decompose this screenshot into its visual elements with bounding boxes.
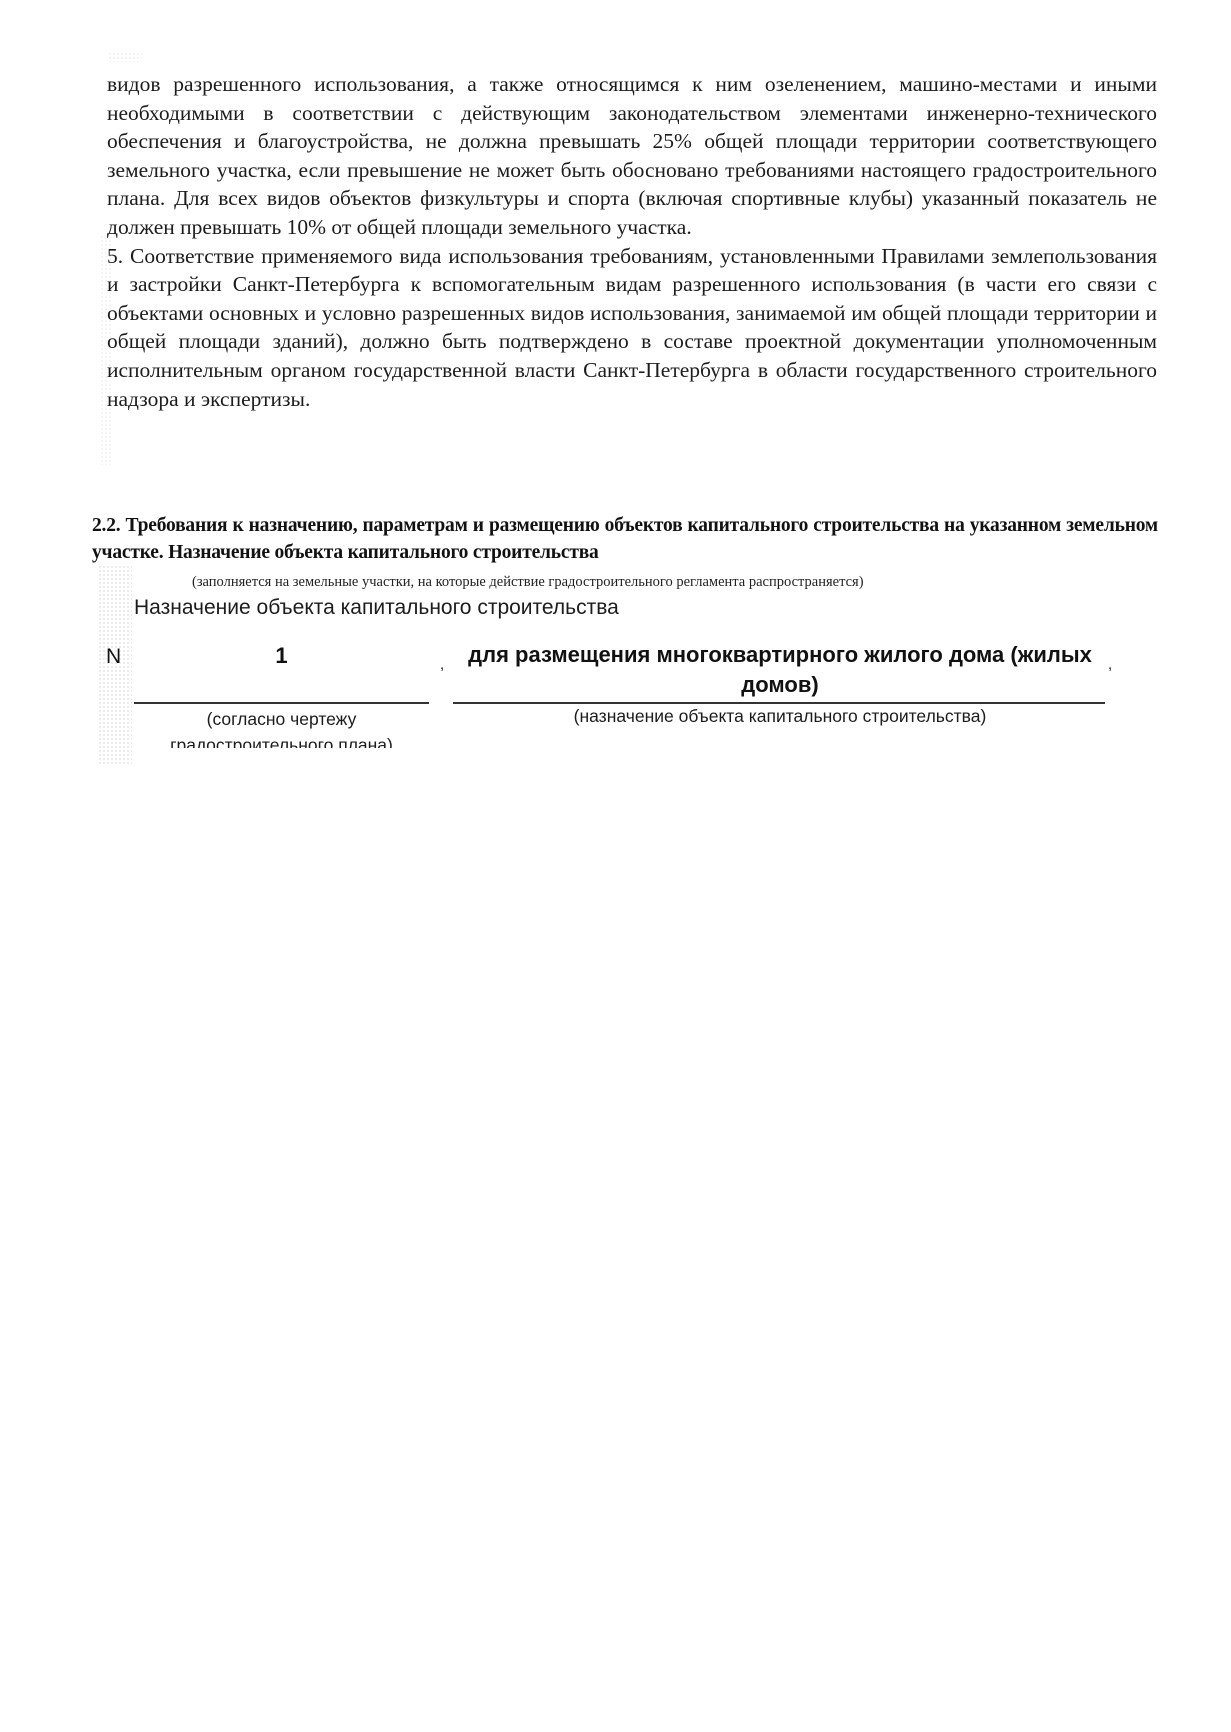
section-heading-2-2: 2.2. Требования к назначению, параметрам… bbox=[92, 512, 1158, 566]
body-text: видов разрешенного использования, а такж… bbox=[107, 70, 1157, 413]
number-label: N bbox=[106, 645, 121, 669]
scan-noise bbox=[108, 52, 142, 62]
purpose-caption: (назначение объекта капитального строите… bbox=[455, 706, 1105, 727]
purpose-value: для размещения многоквартирного жилого д… bbox=[455, 640, 1105, 700]
number-underline bbox=[134, 702, 429, 704]
purpose-underline bbox=[453, 702, 1105, 704]
separator-comma: , bbox=[1108, 656, 1112, 673]
number-value: 1 bbox=[134, 643, 429, 669]
number-caption: (согласно чертежу градостроительного пла… bbox=[134, 706, 429, 748]
document-page: видов разрешенного использования, а такж… bbox=[0, 0, 1231, 1732]
paragraph-lot-coverage: видов разрешенного использования, а такж… bbox=[107, 70, 1157, 242]
separator-comma: , bbox=[440, 656, 444, 673]
fill-note: (заполняется на земельные участки, на ко… bbox=[192, 574, 864, 591]
paragraph-item-5: 5. Соответствие применяемого вида исполь… bbox=[107, 242, 1157, 414]
field-title: Назначение объекта капитального строител… bbox=[134, 596, 619, 620]
